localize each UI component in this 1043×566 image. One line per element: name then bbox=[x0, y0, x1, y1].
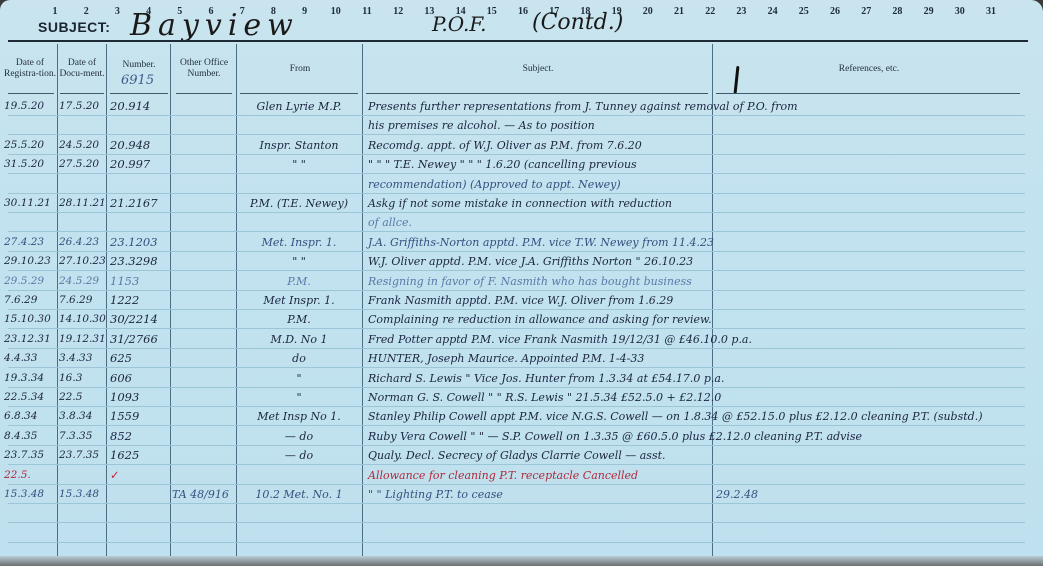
cell-subj: HUNTER, Joseph Maurice. Appointed P.M. 1… bbox=[368, 349, 708, 368]
cell-num: 1153 bbox=[110, 272, 168, 291]
cell-num: 20.948 bbox=[110, 136, 168, 155]
cell-ref bbox=[716, 427, 1036, 446]
cell-doc: 14.10.30 bbox=[59, 310, 105, 329]
ruler-number: 9 bbox=[302, 6, 307, 17]
cell-from: " " bbox=[238, 252, 360, 271]
table-row: his premises re alcohol. — As to positio… bbox=[0, 116, 1043, 135]
cell-oth bbox=[172, 116, 234, 135]
cell-from: Inspr. Stanton bbox=[238, 136, 360, 155]
cell-reg: 29.5.29 bbox=[4, 272, 56, 291]
subject-continued: (Contd.) bbox=[532, 10, 623, 35]
ruler-number: 22 bbox=[705, 6, 715, 17]
cell-reg: 23.12.31 bbox=[4, 330, 56, 349]
cell-ref bbox=[716, 116, 1036, 135]
cell-from: — do bbox=[238, 427, 360, 446]
cell-doc: 27.5.20 bbox=[59, 155, 105, 174]
cell-oth bbox=[172, 407, 234, 426]
cell-doc: 7.3.35 bbox=[59, 427, 105, 446]
cell-subj: Resigning in favor of F. Nasmith who has… bbox=[368, 272, 708, 291]
cell-ref bbox=[716, 233, 1036, 252]
cell-doc bbox=[59, 213, 105, 232]
cell-ref bbox=[716, 446, 1036, 465]
cell-from bbox=[238, 175, 360, 194]
cell-subj: Complaining re reduction in allowance an… bbox=[368, 310, 708, 329]
table-row: 8.4.357.3.35852— doRuby Vera Cowell " " … bbox=[0, 427, 1043, 446]
cell-num: 30/2214 bbox=[110, 310, 168, 329]
cell-from: Met. Inspr. 1. bbox=[238, 233, 360, 252]
table-row: 25.5.2024.5.2020.948Inspr. StantonRecomd… bbox=[0, 136, 1043, 155]
cell-from: M.D. No 1 bbox=[238, 330, 360, 349]
cell-oth bbox=[172, 194, 234, 213]
header-references: References, etc. bbox=[714, 44, 1024, 94]
cell-ref bbox=[716, 388, 1036, 407]
cell-reg: 31.5.20 bbox=[4, 155, 56, 174]
cell-num: 852 bbox=[110, 427, 168, 446]
cell-doc: 7.6.29 bbox=[59, 291, 105, 310]
header-date-document: Date of Docu-ment. bbox=[58, 44, 106, 94]
cell-oth bbox=[172, 369, 234, 388]
cell-subj: Askg if not some mistake in connection w… bbox=[368, 194, 708, 213]
cell-doc bbox=[59, 116, 105, 135]
ruler-number: 25 bbox=[799, 6, 809, 17]
cell-oth bbox=[172, 446, 234, 465]
cell-reg: 30.11.21 bbox=[4, 194, 56, 213]
cell-oth: TA 48/916 bbox=[172, 485, 234, 504]
cell-from: P.M. bbox=[238, 310, 360, 329]
cell-num: 20.997 bbox=[110, 155, 168, 174]
cell-ref bbox=[716, 466, 1036, 485]
cell-subj: Fred Potter apptd P.M. vice Frank Nasmit… bbox=[368, 330, 708, 349]
cell-from: Glen Lyrie M.P. bbox=[238, 97, 360, 116]
cell-subj: " " " T.E. Newey " " " 1.6.20 (cancellin… bbox=[368, 155, 708, 174]
cell-num: 1625 bbox=[110, 446, 168, 465]
cell-num: 23.1203 bbox=[110, 233, 168, 252]
cell-from: " bbox=[238, 388, 360, 407]
cell-doc: 24.5.29 bbox=[59, 272, 105, 291]
header-from: From bbox=[238, 44, 362, 94]
cell-ref bbox=[716, 175, 1036, 194]
cell-ref bbox=[716, 155, 1036, 174]
ruler-number: 12 bbox=[393, 6, 403, 17]
cell-oth bbox=[172, 97, 234, 116]
cell-doc: 27.10.23 bbox=[59, 252, 105, 271]
cell-doc: 19.12.31 bbox=[59, 330, 105, 349]
table-row: 4.4.333.4.33625doHUNTER, Joseph Maurice.… bbox=[0, 349, 1043, 368]
header-underline bbox=[716, 93, 1020, 94]
ruler-number: 1 bbox=[53, 6, 58, 17]
cell-from bbox=[238, 213, 360, 232]
number-reference: 6915 bbox=[121, 73, 154, 88]
cell-reg: 15.3.48 bbox=[4, 485, 56, 504]
cell-subj: Richard S. Lewis " Vice Jos. Hunter from… bbox=[368, 369, 708, 388]
cell-subj: Recomdg. appt. of W.J. Oliver as P.M. fr… bbox=[368, 136, 708, 155]
header-date-registration: Date of Registra-tion. bbox=[4, 44, 56, 94]
ruler-number: 31 bbox=[986, 6, 996, 17]
cell-ref bbox=[716, 272, 1036, 291]
table-row: 19.5.2017.5.2020.914Glen Lyrie M.P.Prese… bbox=[0, 97, 1043, 116]
cell-from: P.M. (T.E. Newey) bbox=[238, 194, 360, 213]
ruler-number: 3 bbox=[115, 6, 120, 17]
cell-doc: 26.4.23 bbox=[59, 233, 105, 252]
table-row: 29.10.2327.10.2323.3298" "W.J. Oliver ap… bbox=[0, 252, 1043, 271]
cell-reg: 19.3.34 bbox=[4, 369, 56, 388]
cell-oth bbox=[172, 291, 234, 310]
cell-num: 1093 bbox=[110, 388, 168, 407]
cell-reg: 15.10.30 bbox=[4, 310, 56, 329]
cell-oth bbox=[172, 213, 234, 232]
ruled-line bbox=[8, 522, 1025, 523]
cell-num: 1222 bbox=[110, 291, 168, 310]
cell-ref bbox=[716, 97, 1036, 116]
cell-doc: 16.3 bbox=[59, 369, 105, 388]
ruler-number: 15 bbox=[487, 6, 497, 17]
cell-doc: 3.4.33 bbox=[59, 349, 105, 368]
cell-oth bbox=[172, 272, 234, 291]
table-row: 31.5.2027.5.2020.997" "" " " T.E. Newey … bbox=[0, 155, 1043, 174]
ruled-line bbox=[8, 542, 1025, 543]
cell-reg: 8.4.35 bbox=[4, 427, 56, 446]
cell-reg bbox=[4, 175, 56, 194]
cell-reg: 6.8.34 bbox=[4, 407, 56, 426]
table-row: 15.10.3014.10.3030/2214P.M.Complaining r… bbox=[0, 310, 1043, 329]
ruler-number: 26 bbox=[830, 6, 840, 17]
subject-value: Bayview bbox=[130, 8, 299, 43]
ruler-number: 16 bbox=[518, 6, 528, 17]
cell-subj: Stanley Philip Cowell appt P.M. vice N.G… bbox=[368, 407, 708, 426]
cell-subj: his premises re alcohol. — As to positio… bbox=[368, 116, 708, 135]
cell-from bbox=[238, 466, 360, 485]
cell-num bbox=[110, 485, 168, 504]
cell-reg: 4.4.33 bbox=[4, 349, 56, 368]
cell-subj: J.A. Griffiths-Norton apptd. P.M. vice T… bbox=[368, 233, 708, 252]
cell-doc: 17.5.20 bbox=[59, 97, 105, 116]
cell-oth bbox=[172, 136, 234, 155]
ruler-number: 28 bbox=[892, 6, 902, 17]
cell-ref bbox=[716, 213, 1036, 232]
header-underline bbox=[366, 93, 708, 94]
cell-reg: 7.6.29 bbox=[4, 291, 56, 310]
table-row: 23.7.3523.7.351625— doQualy. Decl. Secre… bbox=[0, 446, 1043, 465]
cell-num: 1559 bbox=[110, 407, 168, 426]
cell-subj: Qualy. Decl. Secrecy of Gladys Clarrie C… bbox=[368, 446, 708, 465]
cell-num: 21.2167 bbox=[110, 194, 168, 213]
cell-subj: " " Lighting P.T. to cease bbox=[368, 485, 708, 504]
table-row: recommendation) (Approved to appt. Newey… bbox=[0, 175, 1043, 194]
table-row: 19.3.3416.3606"Richard S. Lewis " Vice J… bbox=[0, 369, 1043, 388]
cell-ref bbox=[716, 330, 1036, 349]
ruler-number: 23 bbox=[736, 6, 746, 17]
cell-from: 10.2 Met. No. 1 bbox=[238, 485, 360, 504]
cell-reg: 22.5. bbox=[4, 466, 56, 485]
cell-doc: 28.11.21 bbox=[59, 194, 105, 213]
cell-from: " " bbox=[238, 155, 360, 174]
cell-doc: 24.5.20 bbox=[59, 136, 105, 155]
header-underline bbox=[60, 93, 104, 94]
cell-reg: 25.5.20 bbox=[4, 136, 56, 155]
cell-ref bbox=[716, 136, 1036, 155]
header-underline bbox=[110, 93, 168, 94]
cell-doc: 15.3.48 bbox=[59, 485, 105, 504]
ruler-number: 27 bbox=[861, 6, 871, 17]
cell-from: " bbox=[238, 369, 360, 388]
cell-reg: 19.5.20 bbox=[4, 97, 56, 116]
table-row: 30.11.2128.11.2121.2167P.M. (T.E. Newey)… bbox=[0, 194, 1043, 213]
cell-num bbox=[110, 213, 168, 232]
cell-doc: 22.5 bbox=[59, 388, 105, 407]
cell-ref bbox=[716, 252, 1036, 271]
cell-num: 625 bbox=[110, 349, 168, 368]
cell-ref bbox=[716, 194, 1036, 213]
cell-num bbox=[110, 175, 168, 194]
subject-extra: P.O.F. bbox=[432, 12, 486, 36]
ruler-number: 10 bbox=[331, 6, 341, 17]
cell-from: Met Inspr. 1. bbox=[238, 291, 360, 310]
cell-oth bbox=[172, 155, 234, 174]
header-underline bbox=[176, 93, 232, 94]
cell-from: Met Insp No 1. bbox=[238, 407, 360, 426]
cell-subj: Allowance for cleaning P.T. receptacle C… bbox=[368, 466, 708, 485]
cell-oth bbox=[172, 310, 234, 329]
cell-subj: Ruby Vera Cowell " " — S.P. Cowell on 1.… bbox=[368, 427, 708, 446]
cell-oth bbox=[172, 252, 234, 271]
cell-reg bbox=[4, 116, 56, 135]
header-other-office-number: Other Office Number. bbox=[172, 44, 236, 94]
cell-from bbox=[238, 116, 360, 135]
ruler-number: 24 bbox=[768, 6, 778, 17]
cell-reg: 22.5.34 bbox=[4, 388, 56, 407]
cell-ref bbox=[716, 310, 1036, 329]
cell-oth bbox=[172, 427, 234, 446]
cell-reg bbox=[4, 213, 56, 232]
cell-subj: Presents further representations from J.… bbox=[368, 97, 708, 116]
cell-num: 20.914 bbox=[110, 97, 168, 116]
cell-subj: Frank Nasmith apptd. P.M. vice W.J. Oliv… bbox=[368, 291, 708, 310]
table-row: 22.5.✓Allowance for cleaning P.T. recept… bbox=[0, 466, 1043, 485]
cell-ref bbox=[716, 407, 1036, 426]
cell-num: 31/2766 bbox=[110, 330, 168, 349]
cell-reg: 29.10.23 bbox=[4, 252, 56, 271]
ruler-number: 11 bbox=[362, 6, 371, 17]
ruler-number: 20 bbox=[643, 6, 653, 17]
cell-subj: W.J. Oliver apptd. P.M. vice J.A. Griffi… bbox=[368, 252, 708, 271]
table-row: of allce. bbox=[0, 213, 1043, 232]
cell-subj: recommendation) (Approved to appt. Newey… bbox=[368, 175, 708, 194]
cell-from: — do bbox=[238, 446, 360, 465]
ruler-number: 21 bbox=[674, 6, 684, 17]
table-row: 22.5.3422.51093"Norman G. S. Cowell " " … bbox=[0, 388, 1043, 407]
cell-ref bbox=[716, 291, 1036, 310]
cell-oth bbox=[172, 330, 234, 349]
cell-doc: 23.7.35 bbox=[59, 446, 105, 465]
cell-oth bbox=[172, 388, 234, 407]
index-card: 1234567891011121314151617181920212223242… bbox=[0, 0, 1043, 566]
cell-oth bbox=[172, 466, 234, 485]
cell-ref bbox=[716, 369, 1036, 388]
cell-ref bbox=[716, 349, 1036, 368]
ruler-number: 29 bbox=[924, 6, 934, 17]
table-row: 15.3.4815.3.48TA 48/91610.2 Met. No. 1" … bbox=[0, 485, 1043, 504]
subject-label: SUBJECT: bbox=[38, 19, 110, 35]
cell-num: ✓ bbox=[110, 466, 168, 485]
cell-from: do bbox=[238, 349, 360, 368]
cell-oth bbox=[172, 233, 234, 252]
table-row: 6.8.343.8.341559Met Insp No 1.Stanley Ph… bbox=[0, 407, 1043, 426]
cell-doc bbox=[59, 175, 105, 194]
ruler-number: 30 bbox=[955, 6, 965, 17]
header-underline bbox=[240, 93, 358, 94]
header-subject: Subject. bbox=[364, 44, 712, 94]
header-underline bbox=[8, 93, 54, 94]
cell-ref: 29.2.48 bbox=[716, 485, 1036, 504]
cell-subj: Norman G. S. Cowell " " R.S. Lewis " 21.… bbox=[368, 388, 708, 407]
cell-num bbox=[110, 116, 168, 135]
cell-subj: of allce. bbox=[368, 213, 708, 232]
cell-oth bbox=[172, 349, 234, 368]
cell-oth bbox=[172, 175, 234, 194]
cell-doc: 3.8.34 bbox=[59, 407, 105, 426]
table-row: 7.6.297.6.291222Met Inspr. 1.Frank Nasmi… bbox=[0, 291, 1043, 310]
card-edge bbox=[0, 556, 1043, 566]
cell-reg: 23.7.35 bbox=[4, 446, 56, 465]
cell-num: 23.3298 bbox=[110, 252, 168, 271]
cell-num: 606 bbox=[110, 369, 168, 388]
table-row: 29.5.2924.5.291153P.M.Resigning in favor… bbox=[0, 272, 1043, 291]
cell-from: P.M. bbox=[238, 272, 360, 291]
table-row: 27.4.2326.4.2323.1203Met. Inspr. 1.J.A. … bbox=[0, 233, 1043, 252]
cell-doc bbox=[59, 466, 105, 485]
ruler-number: 2 bbox=[84, 6, 89, 17]
table-row: 23.12.3119.12.3131/2766M.D. No 1Fred Pot… bbox=[0, 330, 1043, 349]
cell-reg: 27.4.23 bbox=[4, 233, 56, 252]
